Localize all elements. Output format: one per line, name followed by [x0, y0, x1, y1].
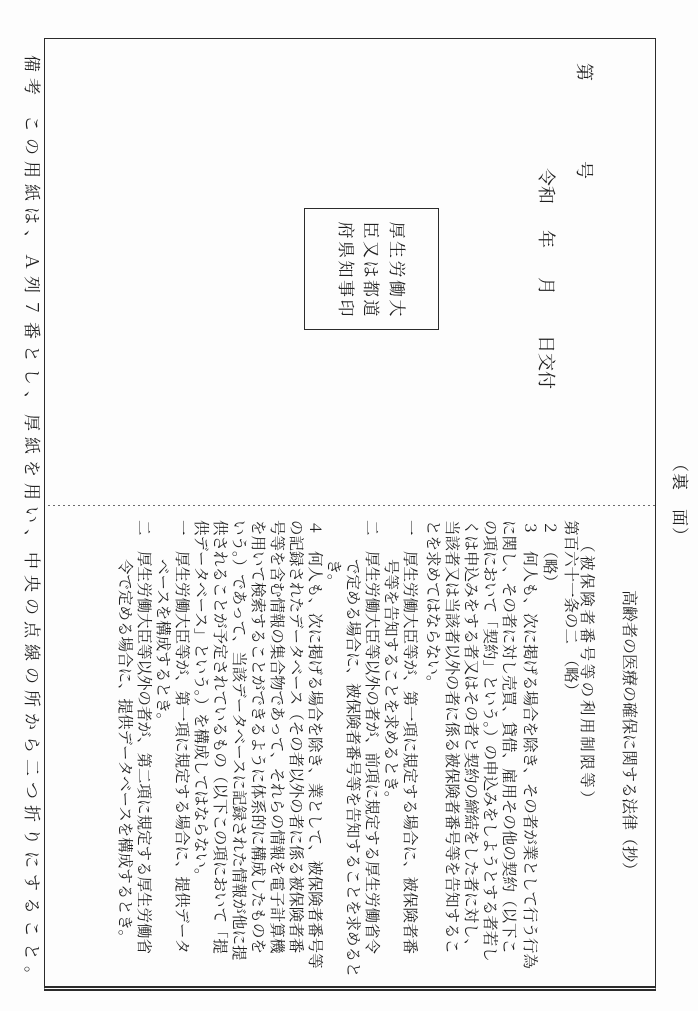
law-text-line: で定める場合に、被保険者番号等を告知することを求めると: [344, 559, 361, 978]
law-text-line: 二 厚生労働大臣等以外の者が、前項に規定する厚生労働省令: [363, 520, 380, 954]
seal-box-text-line: 臣又は都道: [358, 219, 384, 319]
law-text-line: （被保険者番号等の利用制限等）: [578, 537, 595, 809]
year-label: 年: [536, 230, 556, 248]
day-blank: [540, 295, 541, 335]
issue-date-line: 令和年月日交付: [534, 168, 560, 389]
remarks-note: 備考この用紙は、Ａ列７番とし、厚紙を用い、中央の点線の所から二つ折りにすること。: [21, 55, 46, 989]
law-text-line: を用いて検索することができるように体系的に構成したものを: [249, 520, 266, 954]
law-text-line: の項において「契約」という。）の申込みをしようとする者若し: [481, 520, 498, 962]
month-label: 月: [536, 277, 556, 295]
law-text-line: 一 厚生労働大臣等が、第一項に規定する場合に、被保険者番: [401, 520, 418, 954]
seal-box-text-line: 厚生労働大: [383, 219, 409, 319]
remarks-gap: [26, 101, 27, 115]
year-blank: [540, 204, 541, 230]
day-issued-label: 日交付: [536, 335, 556, 389]
back-side-label: （裏 面）: [669, 455, 694, 545]
law-text-line: 供データベース」という。）を構成してはならない。: [192, 520, 209, 883]
remarks-text: この用紙は、Ａ列７番とし、厚紙を用い、中央の点線の所から二つ折りにすること。: [22, 115, 41, 989]
issue-number-blank: [578, 81, 579, 161]
issue-number-line: 第号: [572, 63, 598, 179]
law-text-line: ２ （略）: [541, 520, 558, 590]
law-text-line: とを求めてはならない。: [424, 520, 441, 691]
law-title: 高齢者の医療の確保に関する法律（抄）: [619, 590, 642, 878]
center-fold-dotted-line: [47, 505, 655, 506]
month-blank: [540, 248, 541, 277]
law-text-line: の記録されたデータベース（その者以外の者に係る被保険者番: [287, 520, 304, 953]
issue-number-prefix: 第: [574, 63, 594, 81]
law-text-line: き。: [325, 559, 342, 589]
law-text-line: くは申込みをする者又はその者と契約の締結をした者に対し、: [462, 520, 479, 954]
law-text-line: 第百六十一条の二 （略）: [562, 520, 579, 698]
scanned-sheet: （裏 面） 第号 令和年月日交付 厚生労働大臣又は都道府県知事印 高齢者の医療の…: [0, 0, 698, 1011]
law-text-line: ベースを構成するとき。: [154, 559, 171, 728]
law-text-line: 令で定める場合に、提供データベースを構成するとき。: [116, 559, 133, 945]
law-text-line: ４ 何人も、次に掲げる場合を除き、業として、被保険者番号等: [306, 520, 323, 969]
law-text-line: 号等を含む情報の集合物であって、それらの情報を電子計算機: [268, 520, 285, 954]
seal-box-text-line: 府県知事印: [332, 219, 358, 319]
issue-number-suffix: 号: [574, 161, 594, 179]
law-text-line: いう。）であって、当該データベースに記録された情報が他に提: [230, 520, 247, 961]
era-label: 令和: [536, 168, 556, 204]
law-text-line: 当該者又は当該者以外の者に係る被保険者番号等を告知するこ: [443, 520, 460, 954]
law-text-line: 一 厚生労働大臣等が、第一項に規定する場合に、提供データ: [173, 520, 190, 954]
law-text-line: 供されることが予定されているもの（以下この項において「提: [211, 520, 228, 954]
official-seal-box: 厚生労働大臣又は都道府県知事印: [304, 208, 439, 330]
remarks-label: 備考: [22, 55, 41, 101]
law-text-line: ３ 何人も、次に掲げる場合を除き、その者が業として行う行為: [521, 520, 538, 969]
law-text-line: 二 厚生労働大臣等以外の者が、第二項に規定する厚生労働省: [135, 520, 152, 954]
law-text-line: 号等を告知することを求めるとき。: [382, 559, 399, 806]
law-text-line: に関し、その者に対し売買、貸借、雇用その他の契約（以下こ: [500, 520, 517, 954]
